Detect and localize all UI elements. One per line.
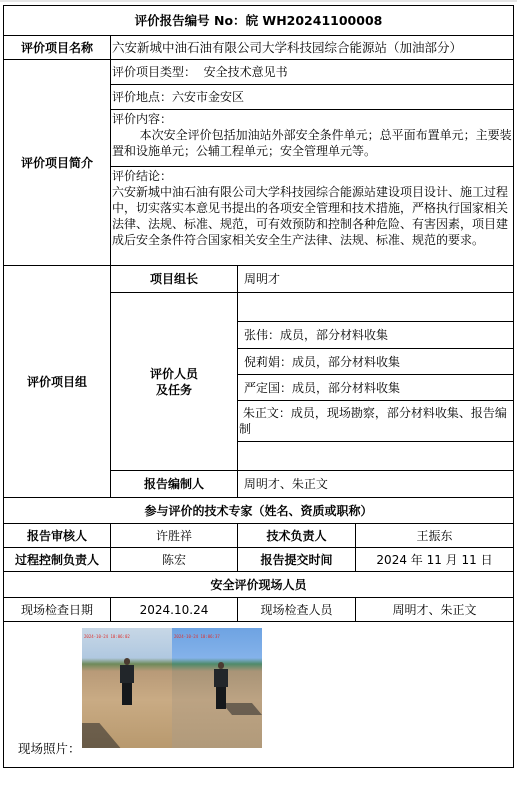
staff-tasks-label-line1: 评价人员 — [113, 366, 235, 382]
reviewer-label: 报告审核人 — [4, 524, 111, 548]
project-name-label: 评价项目名称 — [4, 36, 111, 60]
site-photo-2: 2024-10-24 10:06:37 — [172, 628, 262, 748]
page-top-edge — [0, 0, 517, 2]
process-control-label: 过程控制负责人 — [4, 548, 111, 572]
person-figure — [120, 658, 134, 706]
report-compiler-label: 报告编制人 — [111, 471, 238, 498]
photo-timestamp: 2024-10-24 10:06:02 — [84, 629, 130, 645]
inspection-date-value: 2024.10.24 — [111, 598, 238, 622]
site-photos-cell: 2024-10-24 10:06:02 2024-10-24 10:06:37 … — [4, 622, 514, 768]
process-control-value: 陈宏 — [111, 548, 238, 572]
staff-row: 朱正文：成员，现场勘察，部分材料收集、报告编制 — [238, 401, 514, 442]
tech-lead-value: 王振东 — [356, 524, 514, 548]
staff-row: 严定国：成员，部分材料收集 — [238, 375, 514, 401]
evaluation-conclusion-label: 评价结论： — [112, 168, 512, 184]
photo-shadow — [82, 723, 125, 748]
staff-row: 倪莉娟：成员，部分材料收集 — [238, 349, 514, 375]
tech-lead-label: 技术负责人 — [238, 524, 356, 548]
report-number: 皖 WH20241100008 — [246, 13, 383, 28]
report-compiler-value: 周明才、朱正文 — [238, 471, 514, 498]
report-number-header: 评价报告编号 No：皖 WH20241100008 — [4, 6, 514, 36]
evaluation-conclusion: 评价结论： 六安新城中油石油有限公司大学科技园综合能源站建设项目设计、施工过程中… — [111, 167, 514, 266]
project-name-value: 六安新城中油石油有限公司大学科技园综合能源站（加油部分） — [111, 36, 514, 60]
staff-row — [238, 442, 514, 471]
evaluation-content: 评价内容： 本次安全评价包括加油站外部安全条件单元；总平面布置单元；主要装置和设… — [111, 110, 514, 167]
photo-timestamp: 2024-10-24 10:06:37 — [174, 629, 220, 645]
staff-tasks-label: 评价人员 及任务 — [111, 293, 238, 471]
site-photo-1: 2024-10-24 10:06:02 — [82, 628, 172, 748]
evaluation-content-text: 本次安全评价包括加油站外部安全条件单元；总平面布置单元；主要装置和设施单元；公辅… — [112, 127, 512, 159]
staff-tasks-label-line2: 及任务 — [113, 382, 235, 398]
project-type-row: 评价项目类型： 安全技术意见书 — [111, 60, 514, 85]
evaluation-report-table: 评价报告编号 No：皖 WH20241100008 评价项目名称 六安新城中油石… — [3, 5, 514, 768]
evaluation-conclusion-text: 六安新城中油石油有限公司大学科技园综合能源站建设项目设计、施工过程中，切实落实本… — [112, 184, 512, 248]
person-figure — [214, 662, 228, 710]
inspectors-value: 周明才、朱正文 — [356, 598, 514, 622]
project-location: 评价地点：六安市金安区 — [111, 85, 514, 110]
staff-row: 张伟：成员，部分材料收集 — [238, 322, 514, 349]
submit-time-label: 报告提交时间 — [238, 548, 356, 572]
site-personnel-heading: 安全评价现场人员 — [4, 572, 514, 598]
experts-heading: 参与评价的技术专家（姓名、资质或职称） — [4, 498, 514, 524]
evaluation-content-label: 评价内容： — [112, 111, 512, 127]
site-photo-label: 现场照片： — [18, 741, 81, 757]
inspection-date-label: 现场检查日期 — [4, 598, 111, 622]
project-intro-label: 评价项目简介 — [4, 60, 111, 266]
staff-row — [238, 293, 514, 322]
team-leader-value: 周明才 — [238, 266, 514, 293]
submit-time-value: 2024 年 11 月 11 日 — [356, 548, 514, 572]
report-number-label: 评价报告编号 No： — [135, 13, 246, 28]
site-photos: 2024-10-24 10:06:02 2024-10-24 10:06:37 — [82, 628, 262, 748]
project-type-value: 安全技术意见书 — [204, 65, 288, 79]
inspectors-label: 现场检查人员 — [238, 598, 356, 622]
project-team-label: 评价项目组 — [4, 266, 111, 498]
reviewer-value: 许胜祥 — [111, 524, 238, 548]
project-type-label: 评价项目类型： — [112, 65, 196, 79]
team-leader-label: 项目组长 — [111, 266, 238, 293]
